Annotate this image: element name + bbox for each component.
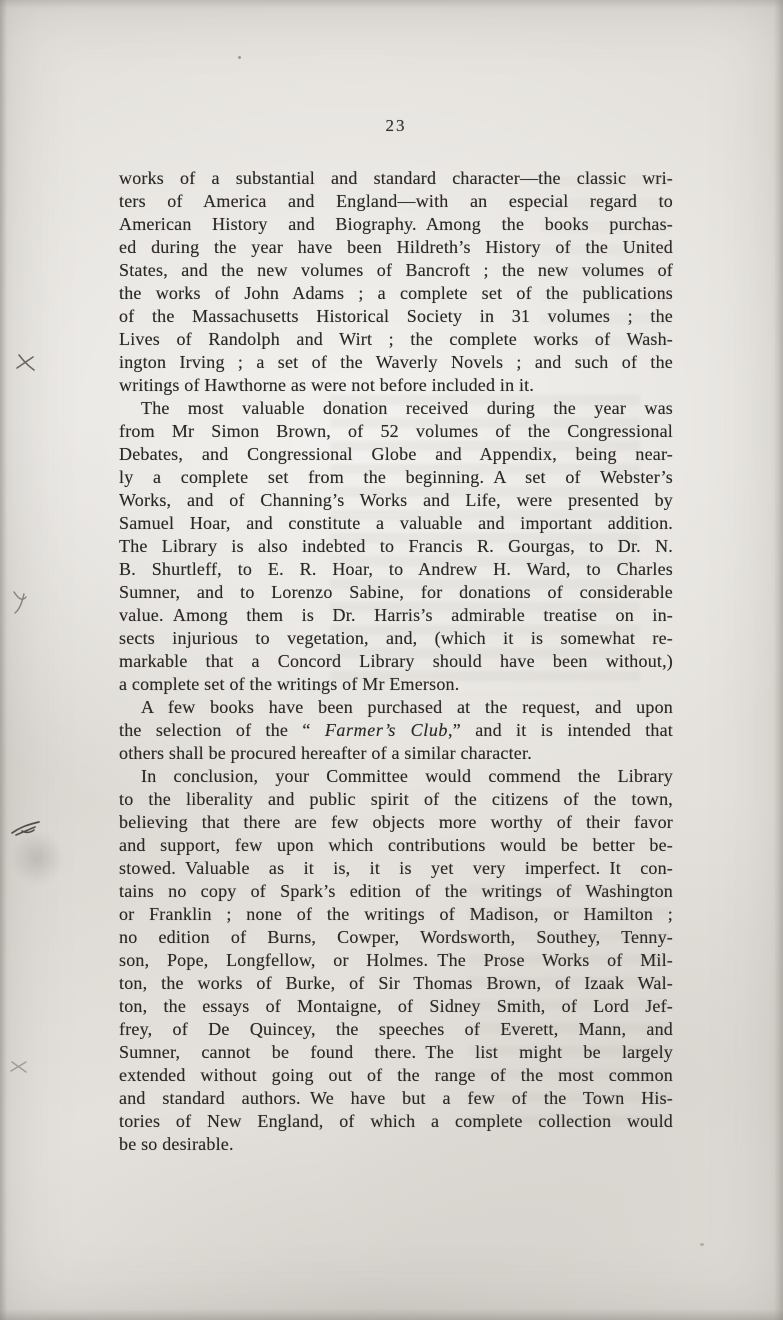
text-line: a complete set of the writings of Mr Eme… bbox=[119, 673, 673, 696]
text-line: and standard authors. We have but a few … bbox=[119, 1087, 673, 1110]
text-line: of the Massachusetts Historical Society … bbox=[119, 305, 673, 328]
text-line: markable that a Concord Library should h… bbox=[119, 650, 673, 673]
text-line: B. Shurtleff, to E. R. Hoar, to Andrew H… bbox=[119, 558, 673, 581]
scanned-page: 23 works of a substantial and standard c… bbox=[0, 0, 783, 1320]
paragraph: works of a substantial and standard char… bbox=[119, 167, 673, 397]
italic-text: Farmer’s Club bbox=[325, 720, 448, 740]
text-line: In conclusion, your Committee would comm… bbox=[119, 765, 673, 788]
text-line: The Library is also indebted to Francis … bbox=[119, 535, 673, 558]
text-line: others shall be procured hereafter of a … bbox=[119, 742, 673, 765]
text-line: no edition of Burns, Cowper, Wordsworth,… bbox=[119, 926, 673, 949]
ink-mark bbox=[10, 588, 30, 616]
page-text: works of a substantial and standard char… bbox=[119, 167, 673, 1156]
page-number: 23 bbox=[119, 116, 673, 136]
text-line: from Mr Simon Brown, of 52 volumes of th… bbox=[119, 420, 673, 443]
text-line: extended without going out of the range … bbox=[119, 1064, 673, 1087]
text-line: Works, and of Channing’s Works and Life,… bbox=[119, 489, 673, 512]
text-line: tains no copy of Spark’s edition of the … bbox=[119, 880, 673, 903]
text-line: Lives of Randolph and Wirt ; the complet… bbox=[119, 328, 673, 351]
text-line: tories of New England, of which a comple… bbox=[119, 1110, 673, 1133]
text-segment: ,” and it is intended that bbox=[448, 720, 673, 740]
text-segment: the selection of the “ bbox=[119, 720, 325, 740]
paragraph: A few books have been purchased at the r… bbox=[119, 696, 673, 765]
text-line: ton, the works of Burke, of Sir Thomas B… bbox=[119, 972, 673, 995]
text-line: and support, few upon which contribution… bbox=[119, 834, 673, 857]
text-line: to the liberality and public spirit of t… bbox=[119, 788, 673, 811]
ink-mark bbox=[14, 352, 38, 374]
text-line: Samuel Hoar, and constitute a valuable a… bbox=[119, 512, 673, 535]
text-line: works of a substantial and standard char… bbox=[119, 167, 673, 190]
ink-smudge bbox=[2, 822, 72, 894]
text-line: frey, of De Quincey, the speeches of Eve… bbox=[119, 1018, 673, 1041]
text-line: believing that there are few objects mor… bbox=[119, 811, 673, 834]
text-line: Debates, and Congressional Globe and App… bbox=[119, 443, 673, 466]
text-line: son, Pope, Longfellow, or Holmes. The Pr… bbox=[119, 949, 673, 972]
text-line: be so desirable. bbox=[119, 1133, 673, 1156]
text-line: ed during the year have been Hildreth’s … bbox=[119, 236, 673, 259]
text-line: American History and Biography. Among th… bbox=[119, 213, 673, 236]
text-line: Sumner, and to Lorenzo Sabine, for donat… bbox=[119, 581, 673, 604]
text-line: A few books have been purchased at the r… bbox=[119, 696, 673, 719]
text-line: Sumner, cannot be found there. The list … bbox=[119, 1041, 673, 1064]
text-line: ton, the essays of Montaigne, of Sidney … bbox=[119, 995, 673, 1018]
paper-speck bbox=[700, 1243, 704, 1246]
text-line: writings of Hawthorne as were not before… bbox=[119, 374, 673, 397]
text-line: ters of America and England—with an espe… bbox=[119, 190, 673, 213]
text-line: or Franklin ; none of the writings of Ma… bbox=[119, 903, 673, 926]
text-line: the selection of the “ Farmer’s Club,” a… bbox=[119, 719, 673, 742]
text-line: sects injurious to vegetation, and, (whi… bbox=[119, 627, 673, 650]
text-line: ington Irving ; a set of the Waverly Nov… bbox=[119, 351, 673, 374]
paper-speck bbox=[238, 56, 241, 59]
text-line: value. Among them is Dr. Harris’s admira… bbox=[119, 604, 673, 627]
text-line: ly a complete set from the beginning. A … bbox=[119, 466, 673, 489]
text-line: States, and the new volumes of Bancroft … bbox=[119, 259, 673, 282]
text-line: The most valuable donation received duri… bbox=[119, 397, 673, 420]
paragraph: In conclusion, your Committee would comm… bbox=[119, 765, 673, 1156]
paragraph: The most valuable donation received duri… bbox=[119, 397, 673, 696]
text-line: stowed. Valuable as it is, it is yet ver… bbox=[119, 857, 673, 880]
text-line: the works of John Adams ; a complete set… bbox=[119, 282, 673, 305]
ink-mark bbox=[8, 1058, 30, 1076]
ink-mark bbox=[8, 816, 44, 844]
